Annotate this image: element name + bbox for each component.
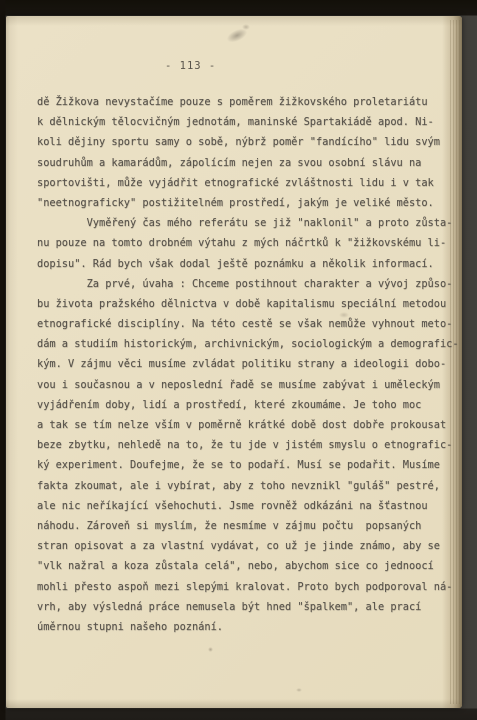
text-line: ký experiment. Doufejme, že se to podaří… xyxy=(37,455,457,475)
text-line: sportovišti, může vyjádřit etnografické … xyxy=(37,173,457,193)
text-line: nu pouze na tomto drobném výtahu z mých … xyxy=(37,233,457,253)
text-line: dopisu". Rád bych však dodal ještě pozná… xyxy=(37,254,457,274)
text-line: úměrnou stupni našeho poznání. xyxy=(37,617,457,637)
page-number: - 113 - xyxy=(165,60,216,72)
paper-smudge xyxy=(242,24,250,30)
text-line: bu života pražského dělnictva v době kap… xyxy=(37,294,457,314)
text-line: ale nic neříkající všehochuti. Jsme rovn… xyxy=(37,496,457,516)
paper-smudge xyxy=(225,26,250,45)
book-page: - 113 - dě Žižkova nevystačíme pouze s p… xyxy=(6,16,462,708)
text-line: soudruhům a kamarádům, zápolícím nejen z… xyxy=(37,153,457,173)
text-line: "vlk nažral a koza zůstala celá", nebo, … xyxy=(37,556,457,576)
text-line: mohli přesto aspoň mezi slepými kralovat… xyxy=(37,577,457,597)
text-line: dám a studiím historickým, archivnickým,… xyxy=(37,334,457,354)
photo-background: - 113 - dě Žižkova nevystačíme pouze s p… xyxy=(0,0,477,720)
text-line: k dělnickým tělocvičným jednotám, manins… xyxy=(37,112,457,132)
text-line: kým. V zájmu věci musíme zvládat politik… xyxy=(37,354,457,374)
text-line: vyjádřením doby, lidí a prostředí, které… xyxy=(37,395,457,415)
text-line: vrh, aby výsledná práce nemusela být hne… xyxy=(37,597,457,617)
text-line: beze zbytku, nehledě na to, že tu jde v … xyxy=(37,435,457,455)
text-line: a tak se tím nelze vším v poměrně krátké… xyxy=(37,415,457,435)
page-text: dě Žižkova nevystačíme pouze s poměrem ž… xyxy=(37,92,457,637)
text-line: fakta zkoumat, ale i vybírat, aby z toho… xyxy=(37,476,457,496)
text-line: stran opisovat a za vlastní vydávat, co … xyxy=(37,536,457,556)
text-line: Za prvé, úvaha : Chceme postihnout chara… xyxy=(37,274,457,294)
text-line: etnografické disciplíny. Na této cestě s… xyxy=(37,314,457,334)
text-line: vou i současnou a v neposlední řadě se m… xyxy=(37,375,457,395)
text-line: "neetnograficky" postižitelném prostředí… xyxy=(37,193,457,213)
text-line: Vyměřený čas mého referátu se již "naklo… xyxy=(37,213,457,233)
paper-smudge xyxy=(296,688,302,692)
paper-smudge xyxy=(208,647,213,652)
text-line: náhodu. Zároveň si myslím, že nesmíme v … xyxy=(37,516,457,536)
text-line: koli dějiny sportu samy o sobě, nýbrž po… xyxy=(37,132,457,152)
text-line: dě Žižkova nevystačíme pouze s poměrem ž… xyxy=(37,92,457,112)
